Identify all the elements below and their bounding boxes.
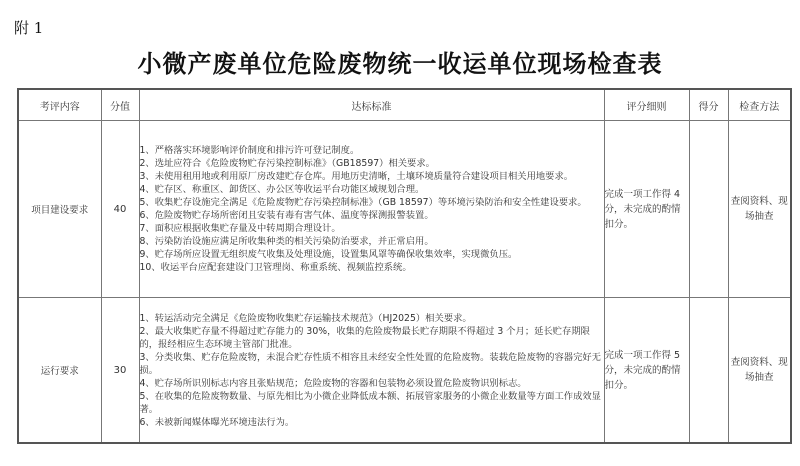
- standard-item: 3、未使用租用地或利用原厂房改建贮存仓库。用地历史清晰，土壤环境质量符合建设项目…: [140, 170, 604, 183]
- standard-item: 4、贮存区、称重区、卸货区、办公区等收运平台功能区域规划合理。: [140, 183, 604, 196]
- header-obtained: 得分: [689, 89, 728, 121]
- table-row: 运行要求 30 1、转运活动完全满足《危险废物收集贮存运输技术规范》（HJ202…: [18, 298, 791, 444]
- standard-item: 10、收运平台应配套建设门卫管理岗、称重系统、视频监控系统。: [140, 261, 604, 274]
- header-rule: 评分细则: [604, 89, 689, 121]
- standard-item: 5、收集贮存设施完全满足《危险废物贮存污染控制标准》（GB 18597）等环境污…: [140, 196, 604, 209]
- header-item: 考评内容: [18, 89, 101, 121]
- header-method: 检查方法: [728, 89, 791, 121]
- header-standard: 达标标准: [139, 89, 604, 121]
- cell-method: 查阅资料、现场抽查: [728, 121, 791, 298]
- cell-rule: 完成一项工作得 5 分，未完成的酌情扣分。: [604, 298, 689, 444]
- standard-item: 6、危险废物贮存场所密闭且安装有毒有害气体、温度等探测报警装置。: [140, 209, 604, 222]
- cell-standards: 1、转运活动完全满足《危险废物收集贮存运输技术规范》（HJ2025）相关要求。 …: [139, 298, 604, 444]
- page-title: 小微产废单位危险废物统一收运单位现场检查表: [0, 44, 800, 79]
- standard-item: 1、严格落实环境影响评价制度和排污许可登记制度。: [140, 144, 604, 157]
- inspection-table: 考评内容 分值 达标标准 评分细则 得分 检查方法 项目建设要求 40 1、严格…: [17, 88, 792, 444]
- cell-standards: 1、严格落实环境影响评价制度和排污许可登记制度。 2、选址应符合《危险废物贮存污…: [139, 121, 604, 298]
- standard-item: 5、在收集的危险废物数量、与原先相比为小微企业降低成本额、拓展管家服务的小微企业…: [140, 390, 604, 416]
- standard-item: 3、分类收集、贮存危险废物，未混合贮存性质不相容且未经安全性处置的危险废物。装载…: [140, 351, 604, 377]
- cell-score: 40: [101, 121, 139, 298]
- attachment-label: 附 1: [14, 17, 43, 38]
- standard-item: 6、未被新闻媒体曝光环境违法行为。: [140, 416, 604, 429]
- standard-item: 2、最大收集贮存量不得超过贮存能力的 30%，收集的危险废物最长贮存期限不得超过…: [140, 325, 604, 351]
- header-score: 分值: [101, 89, 139, 121]
- standard-item: 7、面积应根据收集贮存量及中转周期合理设计。: [140, 222, 604, 235]
- cell-obtained[interactable]: [689, 121, 728, 298]
- table-header-row: 考评内容 分值 达标标准 评分细则 得分 检查方法: [18, 89, 791, 121]
- cell-item: 运行要求: [18, 298, 101, 444]
- standard-item: 8、污染防治设施应满足所收集种类的相关污染防治要求，并正常启用。: [140, 235, 604, 248]
- cell-method: 查阅资料、现场抽查: [728, 298, 791, 444]
- cell-item: 项目建设要求: [18, 121, 101, 298]
- standard-item: 2、选址应符合《危险废物贮存污染控制标准》（GB18597）相关要求。: [140, 157, 604, 170]
- standard-item: 9、贮存场所应设置无组织废气收集及处理设施，设置集风罩等确保收集效率，实现微负压…: [140, 248, 604, 261]
- table-row: 项目建设要求 40 1、严格落实环境影响评价制度和排污许可登记制度。 2、选址应…: [18, 121, 791, 298]
- cell-score: 30: [101, 298, 139, 444]
- standard-item: 1、转运活动完全满足《危险废物收集贮存运输技术规范》（HJ2025）相关要求。: [140, 312, 604, 325]
- standard-item: 4、贮存场所识别标志内容且张贴规范；危险废物的容器和包装物必须设置危险废物识别标…: [140, 377, 604, 390]
- cell-rule: 完成一项工作得 4 分，未完成的酌情扣分。: [604, 121, 689, 298]
- cell-obtained[interactable]: [689, 298, 728, 444]
